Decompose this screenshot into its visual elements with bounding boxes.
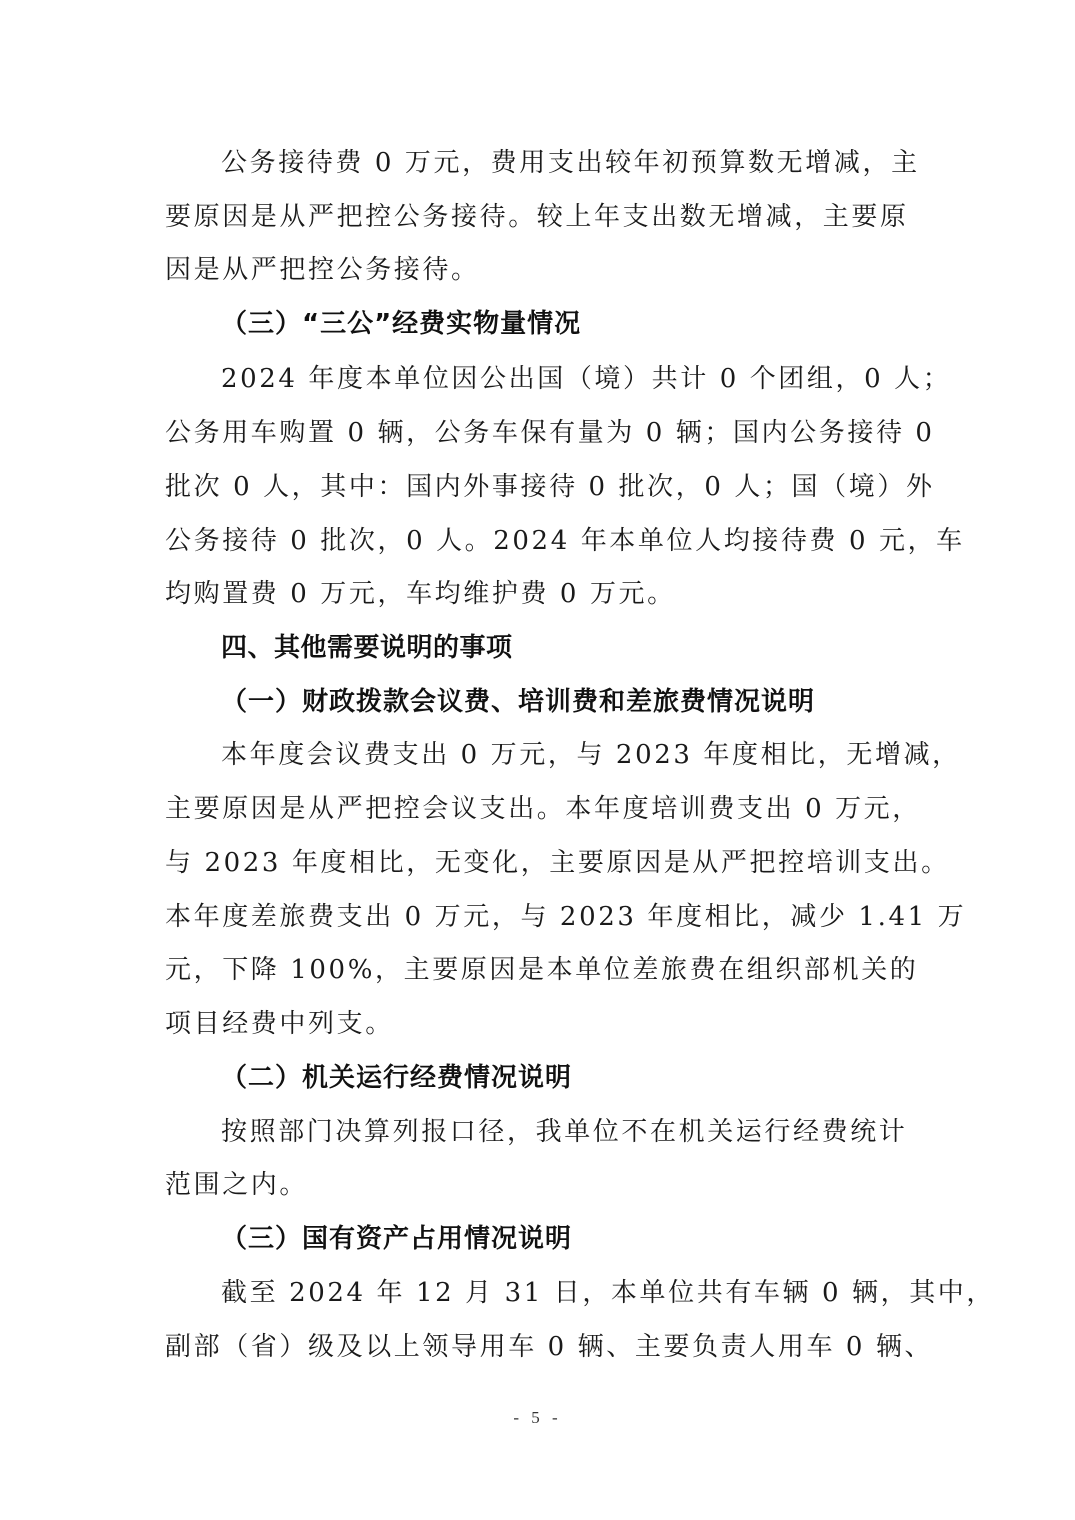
paragraph-line: 元，下降 100%，主要原因是本单位差旅费在组织部机关的 — [165, 953, 915, 987]
section-heading: 四、其他需要说明的事项 — [221, 631, 971, 665]
paragraph-line: 要原因是从严把控公务接待。较上年支出数无增减，主要原 — [165, 200, 915, 234]
paragraph-line: 因是从严把控公务接待。 — [165, 253, 915, 287]
paragraph-line: 与 2023 年度相比，无变化，主要原因是从严把控培训支出。 — [165, 846, 915, 880]
paragraph-line: 公务接待 0 批次，0 人。2024 年本单位人均接待费 0 元，车 — [165, 524, 915, 558]
paragraph-line: 本年度差旅费支出 0 万元，与 2023 年度相比，减少 1.41 万 — [165, 900, 915, 934]
paragraph-line: 批次 0 人，其中：国内外事接待 0 批次，0 人；国（境）外 — [165, 470, 915, 504]
paragraph-line: 主要原因是从严把控会议支出。本年度培训费支出 0 万元， — [165, 792, 915, 826]
section-subheading: （三）国有资产占用情况说明 — [221, 1222, 971, 1256]
paragraph-line: 本年度会议费支出 0 万元，与 2023 年度相比，无增减， — [221, 738, 971, 772]
paragraph-line: 范围之内。 — [165, 1168, 915, 1202]
section-subheading: （二）机关运行经费情况说明 — [221, 1061, 971, 1095]
paragraph-line: 2024 年度本单位因公出国（境）共计 0 个团组，0 人； — [221, 362, 971, 396]
document-page: 公务接待费 0 万元，费用支出较年初预算数无增减，主 要原因是从严把控公务接待。… — [0, 0, 1075, 1520]
page-number: - 5 - — [0, 1408, 1075, 1428]
section-subheading: （三）“三公”经费实物量情况 — [221, 307, 971, 341]
paragraph-line: 公务接待费 0 万元，费用支出较年初预算数无增减，主 — [221, 146, 971, 180]
paragraph-line: 均购置费 0 万元，车均维护费 0 万元。 — [165, 577, 915, 611]
paragraph-line: 副部（省）级及以上领导用车 0 辆、主要负责人用车 0 辆、 — [165, 1330, 915, 1364]
section-subheading: （一）财政拨款会议费、培训费和差旅费情况说明 — [221, 685, 971, 719]
paragraph-line: 公务用车购置 0 辆，公务车保有量为 0 辆；国内公务接待 0 — [165, 416, 915, 450]
paragraph-line: 项目经费中列支。 — [165, 1007, 915, 1041]
paragraph-line: 按照部门决算列报口径，我单位不在机关运行经费统计 — [221, 1115, 971, 1149]
paragraph-line: 截至 2024 年 12 月 31 日，本单位共有车辆 0 辆，其中， — [221, 1276, 971, 1310]
